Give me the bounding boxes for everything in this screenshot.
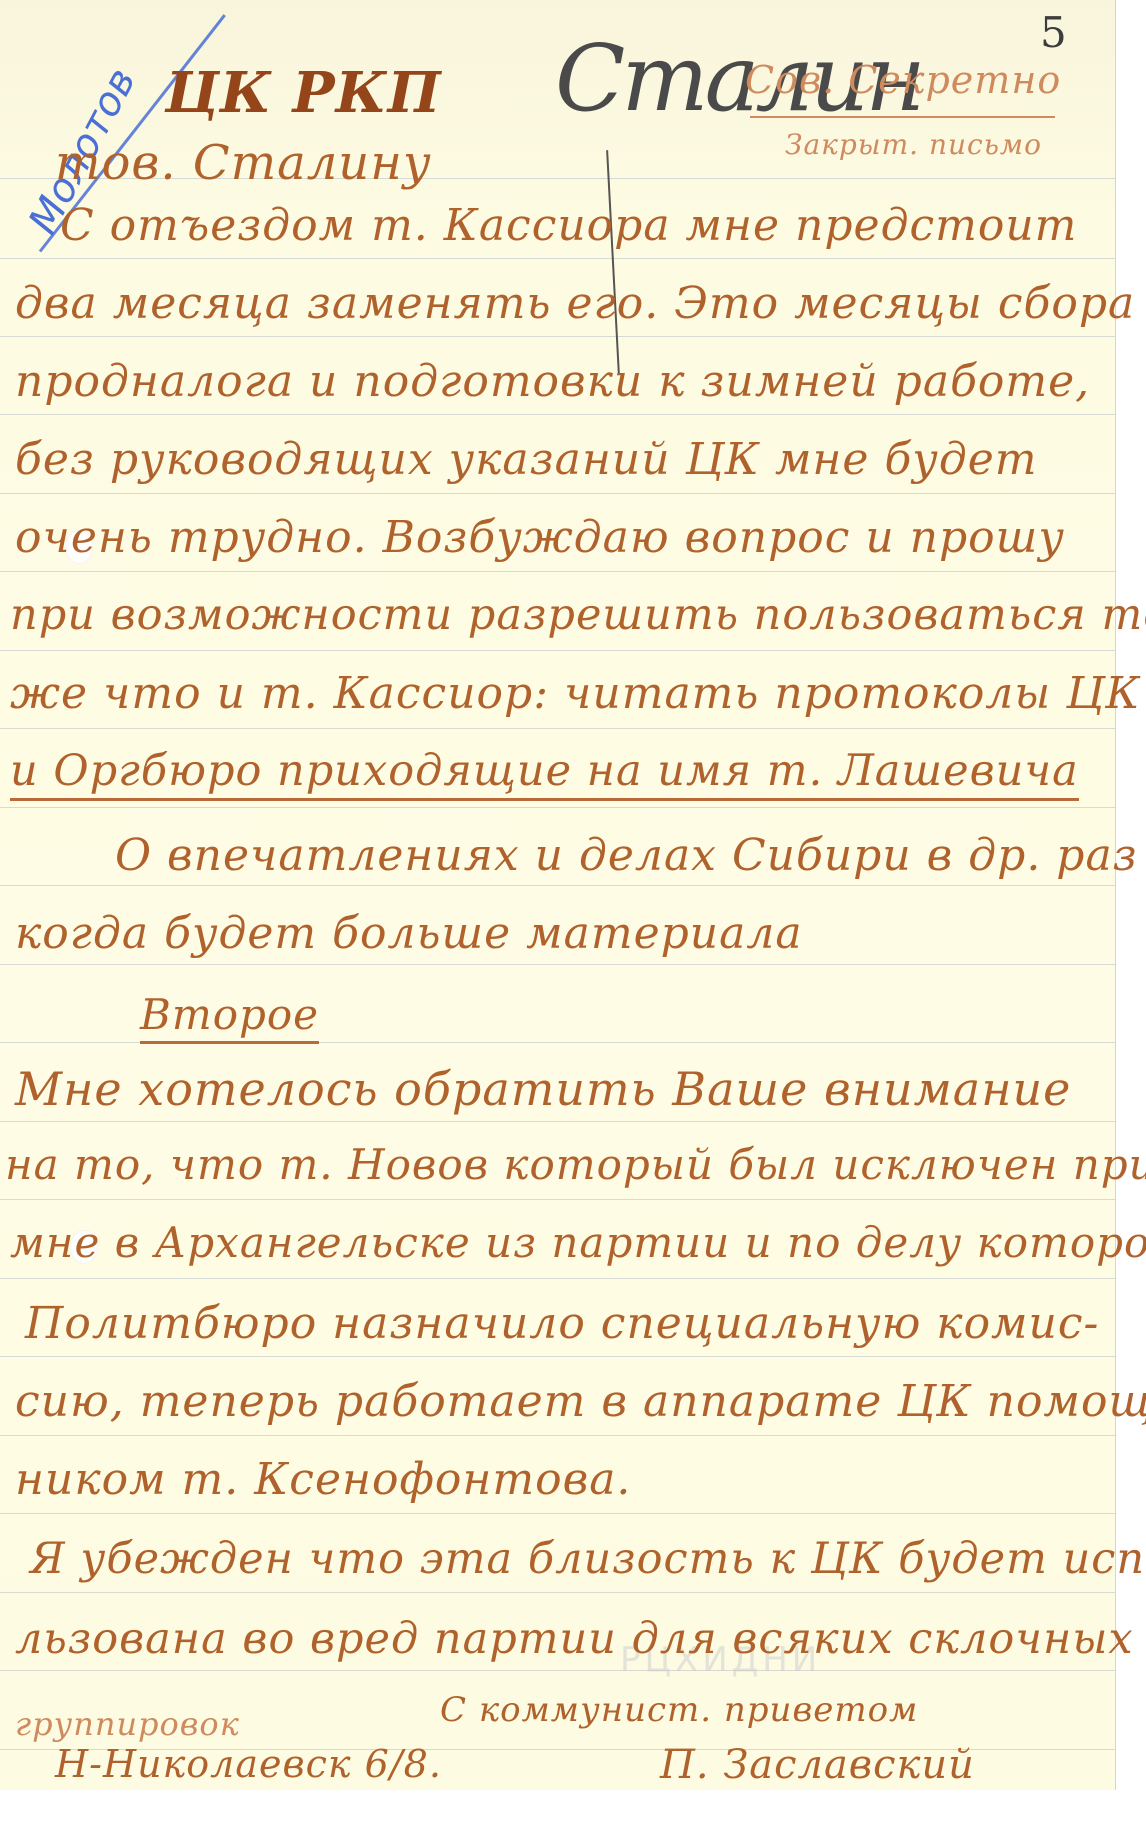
letter-line: Я убежден что эта близость к ЦК будет ис… bbox=[30, 1534, 1146, 1584]
letter-line: ником т. Ксенофонтова. bbox=[15, 1454, 631, 1505]
addressee-person: тов. Сталину bbox=[55, 135, 432, 191]
ruled-line bbox=[0, 807, 1115, 808]
classification-underline bbox=[750, 116, 1055, 118]
ruled-line bbox=[0, 728, 1115, 729]
ruled-line bbox=[0, 1435, 1115, 1436]
ruled-line bbox=[0, 885, 1115, 886]
page-number: 5 bbox=[1040, 8, 1067, 57]
letter-line: льзована во вред партии для всяких склоч… bbox=[15, 1614, 1134, 1664]
ruled-line bbox=[0, 258, 1115, 259]
letter-line: группировок bbox=[15, 1705, 240, 1743]
ruled-line bbox=[0, 493, 1115, 494]
letter-line: без руководящих указаний ЦК мне будет bbox=[15, 434, 1037, 485]
signature: П. Заславский bbox=[660, 1742, 975, 1788]
ruled-line bbox=[0, 650, 1115, 651]
letter-line: Мне хотелось обратить Ваше внимание bbox=[15, 1062, 1071, 1116]
letter-line: С отъездом т. Кассиора мне предстоит bbox=[60, 200, 1077, 251]
ruled-line bbox=[0, 571, 1115, 572]
letter-line: когда будет больше материала bbox=[15, 908, 803, 959]
place-date: Н-Николаевск 6/8. bbox=[55, 1742, 442, 1786]
ruled-line bbox=[0, 1278, 1115, 1279]
letter-line: мне в Архангельске из партии и по делу к… bbox=[10, 1218, 1146, 1267]
ruled-line bbox=[0, 1670, 1115, 1671]
letter-line: при возможности разрешить пользоваться т… bbox=[10, 590, 1146, 640]
letter-line: продналога и подготовки к зимней работе, bbox=[15, 356, 1090, 407]
pencil-stroke bbox=[606, 150, 620, 375]
ruled-line bbox=[0, 964, 1115, 965]
letter-page: РЦХИДНИ 5 Молотов Сталин Сов. Секретно З… bbox=[0, 0, 1115, 1790]
letter-line: Политбюро назначило специальную комис- bbox=[25, 1298, 1099, 1349]
addressee-org: ЦК РКП bbox=[165, 60, 442, 126]
classification-note: Закрыт. письмо bbox=[785, 128, 1042, 161]
ruled-line bbox=[0, 336, 1115, 337]
letter-line: сию, теперь работает в аппарате ЦК помощ… bbox=[15, 1376, 1146, 1427]
ruled-line bbox=[0, 1356, 1115, 1357]
letter-line: О впечатлениях и делах Сибири в др. раз bbox=[115, 830, 1138, 881]
section-heading: Второе bbox=[140, 990, 319, 1044]
letter-line: на то, что т. Новов который был исключен… bbox=[5, 1140, 1146, 1189]
ruled-line bbox=[0, 1513, 1115, 1514]
ruled-line bbox=[0, 1199, 1115, 1200]
closing-salutation: С коммунист. приветом bbox=[440, 1690, 918, 1730]
ruled-line bbox=[0, 1121, 1115, 1122]
classification-label: Сов. Секретно bbox=[745, 58, 1061, 102]
ruled-line bbox=[0, 1592, 1115, 1593]
letter-line: очень трудно. Возбуждаю вопрос и прошу bbox=[15, 512, 1065, 563]
letter-line: два месяца заменять его. Это месяцы сбор… bbox=[15, 278, 1135, 329]
letter-line: же что и т. Кассиор: читать протоколы ЦК bbox=[10, 668, 1141, 719]
letter-line: и Оргбюро приходящие на имя т. Лашевича bbox=[10, 746, 1079, 801]
ruled-line bbox=[0, 414, 1115, 415]
